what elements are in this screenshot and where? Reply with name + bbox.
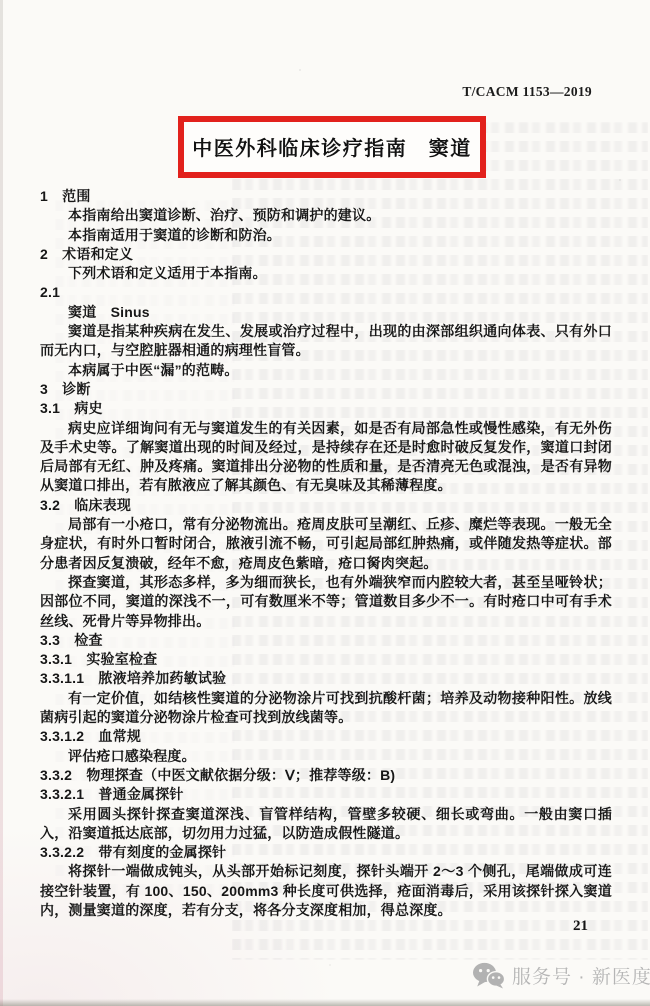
section-heading: 1 范围 [40,187,612,206]
section-heading: 3.3.2.2 带有刻度的金属探针 [40,843,612,862]
paragraph: 采用圆头探针探查窦道深浅、盲管样结构，管壁多较硬、细长或弯曲。一般由窦口插入，沿… [40,805,612,844]
standard-code: T/CACM 1153—2019 [462,84,592,100]
title-box: 中医外科临床诊疗指南 窦道 [178,116,486,178]
section-heading: 3.3 检查 [40,631,612,650]
content: 1 范围本指南给出窦道诊断、治疗、预防和调护的建议。本指南适用于窦道的诊断和防治… [40,187,612,920]
page-title: 中医外科临床诊疗指南 窦道 [192,138,472,160]
page-number: 21 [573,918,588,935]
paragraph: 本指南给出窦道诊断、治疗、预防和调护的建议。 [40,206,612,225]
section-heading: 3.3.1 实验室检查 [40,650,612,669]
paragraph: 窦道是指某种疾病在发生、发展或治疗过程中，出现的由深部组织通向体表、只有外口而无… [40,322,612,361]
footer-badge: 服务号 · 新医度 [472,962,650,989]
paragraph: 本指南适用于窦道的诊断和防治。 [40,226,612,245]
paragraph: 有一定价值，如结核性窦道的分泌物涂片可找到抗酸杆菌；培养及动物接种阳性。放线菌病… [40,689,612,728]
scan-bottom-edge [0,999,650,1006]
paragraph: 病史应详细询问有无与窦道发生的有关因素，如是否有局部急性或慢性感染，有无外伤及手… [40,419,612,496]
paragraph: 将探针一端做成钝头，从头部开始标记刻度，探针头端开 2～3 个侧孔，尾端做成可连… [40,862,612,920]
paragraph: 本病属于中医“漏”的范畴。 [40,361,612,380]
term-heading: 窦道 Sinus [40,303,612,322]
paragraph: 评估疮口感染程度。 [40,747,612,766]
document-page: T/CACM 1153—2019 中医外科临床诊疗指南 窦道 1 范围本指南给出… [0,0,650,1006]
section-heading: 3.3.2.1 普通金属探针 [40,785,612,804]
section-heading: 3.1 病史 [40,399,612,418]
section-heading: 2.1 [40,283,612,302]
paragraph: 局部有一小疮口，常有分泌物流出。疮周皮肤可呈潮红、丘疹、糜烂等表现。一般无全身症… [40,515,612,573]
paragraph: 探查窦道，其形态多样，多为细而狭长，也有外端狭窄而内腔较大者，甚至呈哑铃状；因部… [40,573,612,631]
section-heading: 3 诊断 [40,380,612,399]
section-heading: 2 术语和定义 [40,245,612,264]
section-heading: 3.2 临床表现 [40,496,612,515]
section-heading: 3.3.1.2 血常规 [40,727,612,746]
footer-badge-text: 服务号 · 新医度 [512,962,650,989]
scan-left-edge [0,0,3,1006]
section-heading: 3.3.1.1 脓液培养加药敏试验 [40,669,612,688]
section-heading: 3.3.2 物理探查（中医文献依据分级：Ⅴ；推荐等级：B) [40,766,612,785]
wechat-icon [472,962,505,989]
paragraph: 下列术语和定义适用于本指南。 [40,264,612,283]
